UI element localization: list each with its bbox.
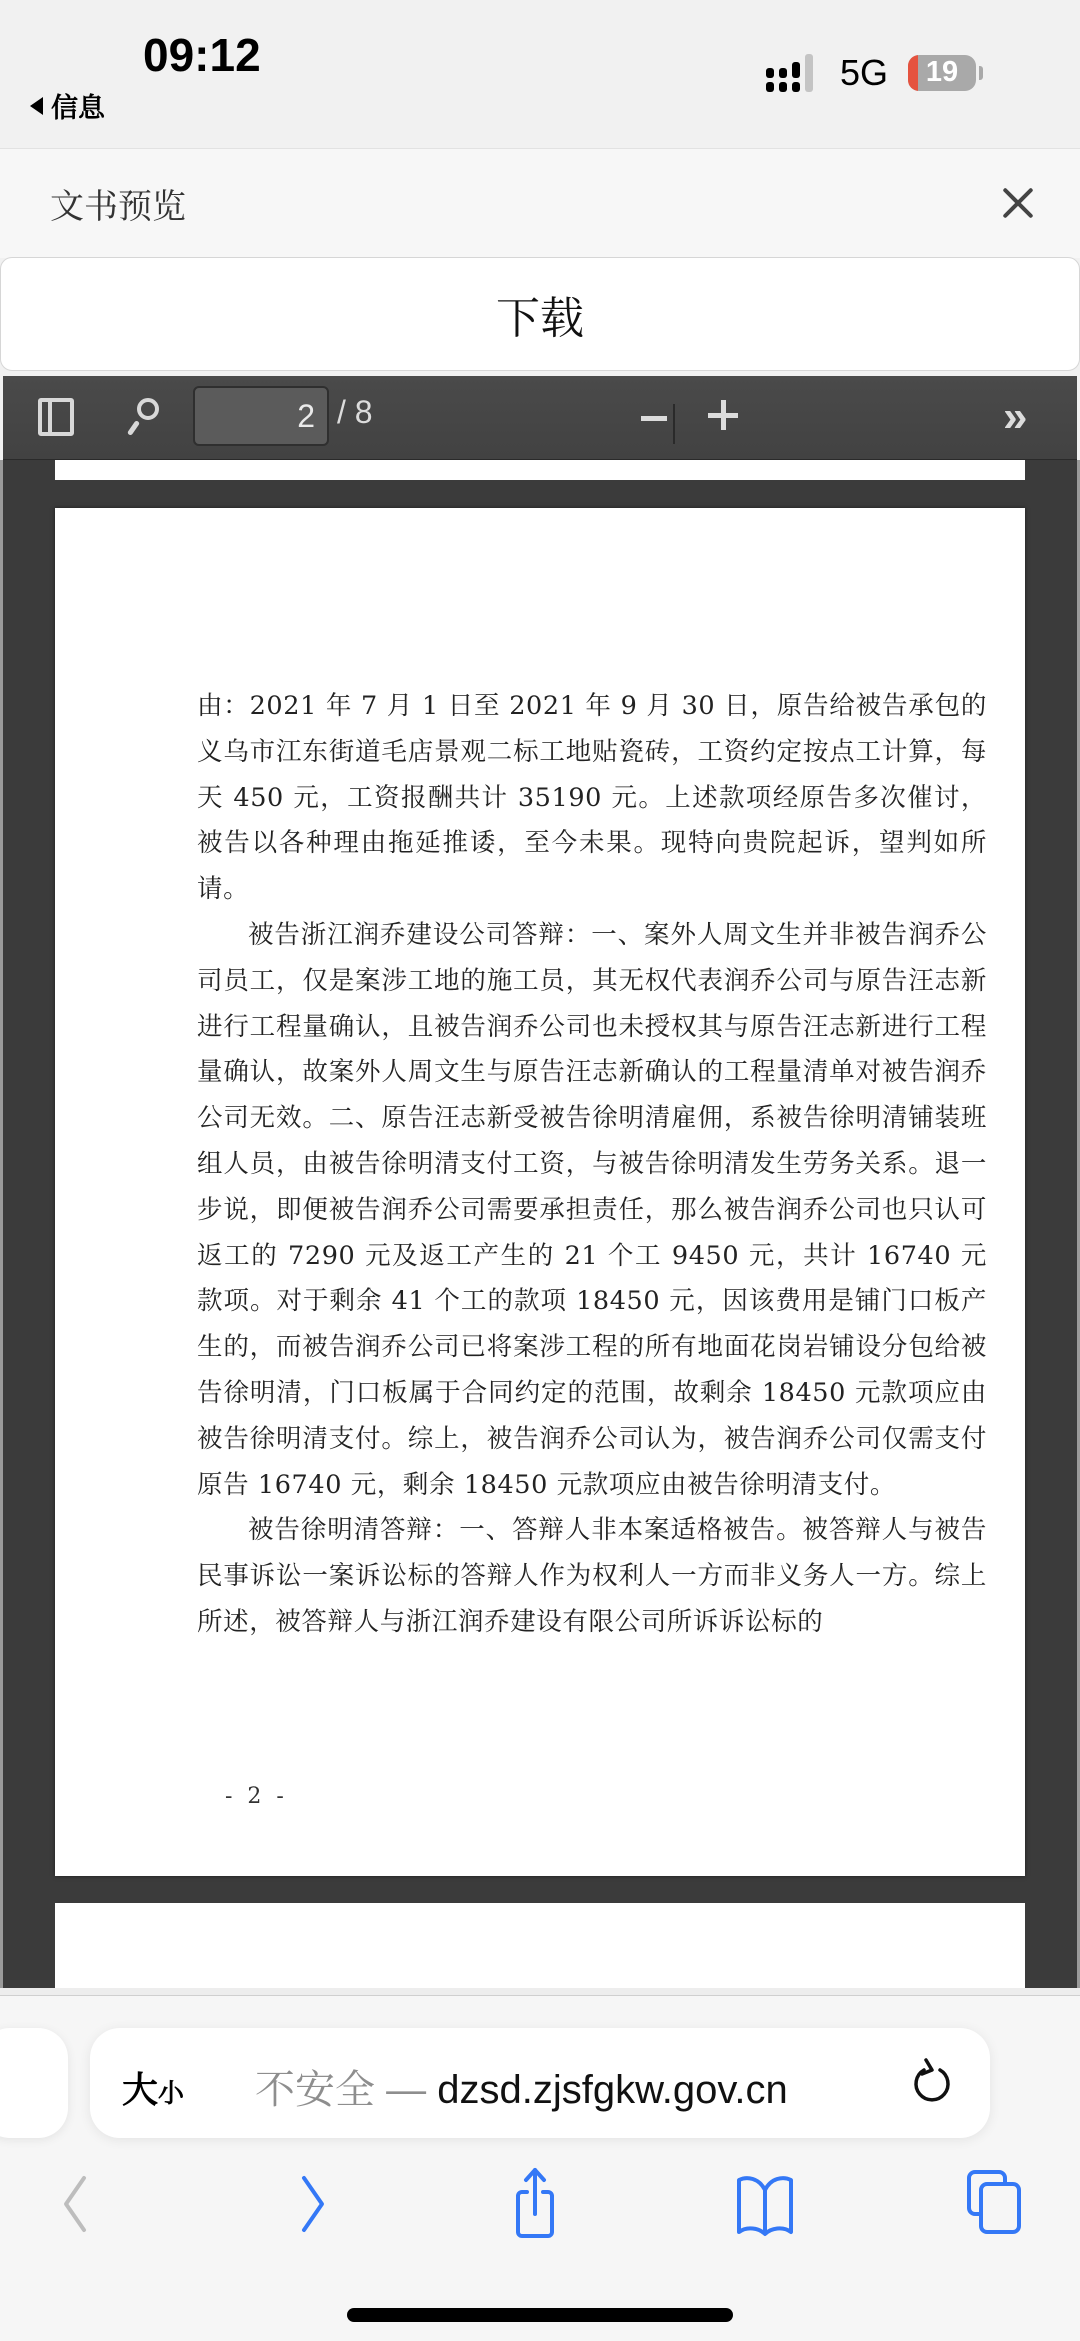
- back-to-app-link[interactable]: 信息: [30, 86, 105, 125]
- close-icon[interactable]: [996, 181, 1040, 225]
- page-number-input[interactable]: 2: [193, 386, 329, 446]
- paragraph: 被告徐明清答辩：一、答辩人非本案适格被告。被答辩人与被告民事诉讼一案诉讼标的答辩…: [197, 1508, 987, 1645]
- back-app-label: 信息: [51, 86, 105, 125]
- url-display[interactable]: 不安全 — dzsd.zjsfgkw.gov.cn: [255, 2058, 788, 2115]
- viewer-bottom-edge: [0, 1988, 1080, 1996]
- network-type: 5G: [840, 52, 888, 94]
- previous-tab-peek[interactable]: [0, 2028, 68, 2138]
- text-size-button[interactable]: 大小: [122, 2062, 184, 2113]
- status-time: 09:12: [143, 28, 261, 82]
- pdf-toolbar: 2 / 8 »: [3, 376, 1077, 460]
- tabs-icon[interactable]: [955, 2160, 1035, 2240]
- domain-label: dzsd.zjsfgkw.gov.cn: [437, 2068, 788, 2112]
- battery-level: 19: [908, 56, 976, 89]
- page-total: / 8: [337, 394, 373, 431]
- bookmarks-icon[interactable]: [725, 2160, 805, 2240]
- paragraph: 由：2021 年 7 月 1 日至 2021 年 9 月 30 日，原告给被告承…: [197, 684, 987, 913]
- zoom-out-button[interactable]: [641, 416, 667, 421]
- toolbar-divider: [673, 404, 675, 444]
- forward-icon[interactable]: [268, 2160, 348, 2240]
- next-page: [55, 1903, 1025, 1988]
- pdf-viewer[interactable]: 由：2021 年 7 月 1 日至 2021 年 9 月 30 日，原告给被告承…: [3, 460, 1077, 1988]
- reload-icon[interactable]: [910, 2056, 956, 2110]
- battery-tip: [979, 66, 983, 80]
- paragraph: 被告浙江润乔建设公司答辩：一、案外人周文生并非被告润乔公司员工，仅是案涉工地的施…: [197, 913, 987, 1508]
- page-title: 文书预览: [50, 179, 186, 228]
- zoom-in-button[interactable]: [708, 400, 738, 430]
- previous-page: [55, 460, 1025, 480]
- page-body: 由：2021 年 7 月 1 日至 2021 年 9 月 30 日，原告给被告承…: [197, 684, 987, 1646]
- more-tools-icon[interactable]: »: [1003, 392, 1017, 442]
- sidebar-toggle-icon[interactable]: [38, 398, 74, 436]
- cellular-signal-icon: [766, 54, 813, 92]
- document-page: 由：2021 年 7 月 1 日至 2021 年 9 月 30 日，原告给被告承…: [55, 508, 1025, 1876]
- battery-icon: 19: [908, 55, 976, 91]
- search-icon[interactable]: [125, 396, 161, 440]
- share-icon[interactable]: [495, 2160, 575, 2240]
- home-indicator[interactable]: [347, 2308, 733, 2322]
- insecure-label: 不安全 —: [255, 2068, 426, 2112]
- back-icon[interactable]: [32, 2160, 112, 2240]
- page-footer-number: - 2 -: [225, 1784, 288, 1809]
- app-header: 文书预览: [0, 148, 1080, 258]
- back-triangle-icon: [30, 97, 43, 115]
- status-bar: 09:12 信息 5G 19: [0, 0, 1080, 148]
- bottom-nav: [0, 2160, 1080, 2240]
- download-button[interactable]: 下载: [0, 257, 1080, 371]
- address-bar[interactable]: 大小 不安全 — dzsd.zjsfgkw.gov.cn: [90, 2028, 990, 2138]
